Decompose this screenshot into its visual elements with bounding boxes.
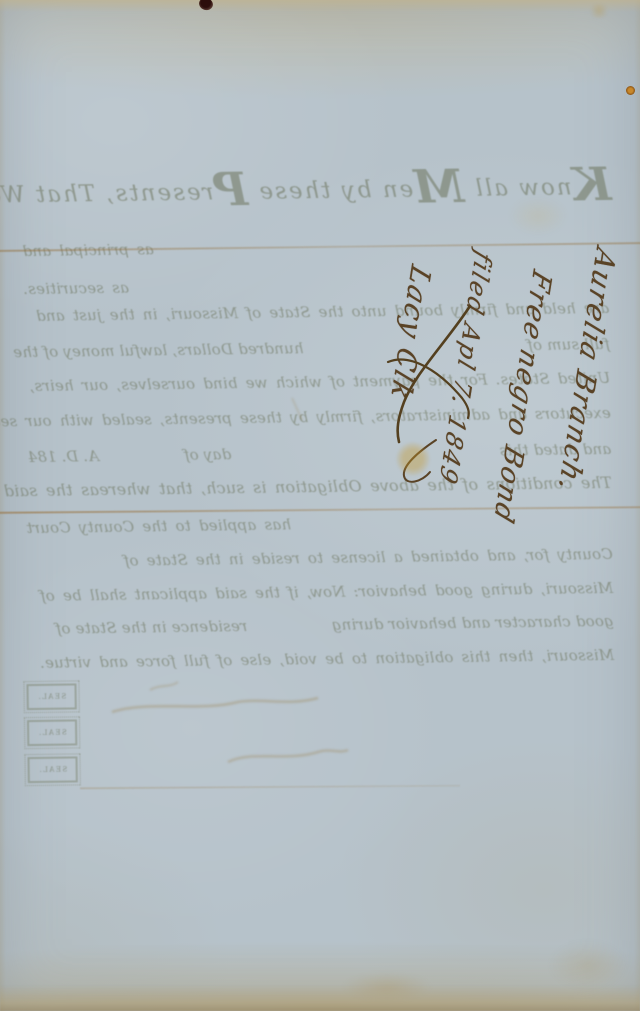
ornate-initial-p: P [213,162,248,216]
title-segment: en by these [248,177,414,205]
seal-box-3: SEAL. [27,756,77,783]
scanned-document-page: Know all Men by these Presents, That We.… [0,0,640,1011]
seal-label: SEAL. [37,729,66,737]
form-line-behavior: Missouri, during good behavior: Now, if … [27,579,613,605]
paper-edge-bottom [0,985,640,1011]
form-title: Know all Men by these Presents, That We. [19,174,611,208]
title-segment: now all [464,174,572,201]
form-line-void: Missouri, then this obligation to be voi… [28,646,614,672]
seal-label: SEAL. [38,766,67,774]
seal-label: SEAL. [37,693,66,701]
form-line-license: County for, and obtained a license to re… [27,545,613,571]
form-line-residence: good character and behavior during resid… [28,612,614,638]
seal-box-2: SEAL. [27,719,77,746]
ornate-initial-k: K [571,157,612,212]
title-segment: resents, That We. [0,179,214,208]
seal-box-1: SEAL. [26,683,76,710]
handwritten-docket: Aurelia Branch. Free negro Bond filed Ap… [352,212,636,546]
ornate-initial-m: M [413,159,465,214]
